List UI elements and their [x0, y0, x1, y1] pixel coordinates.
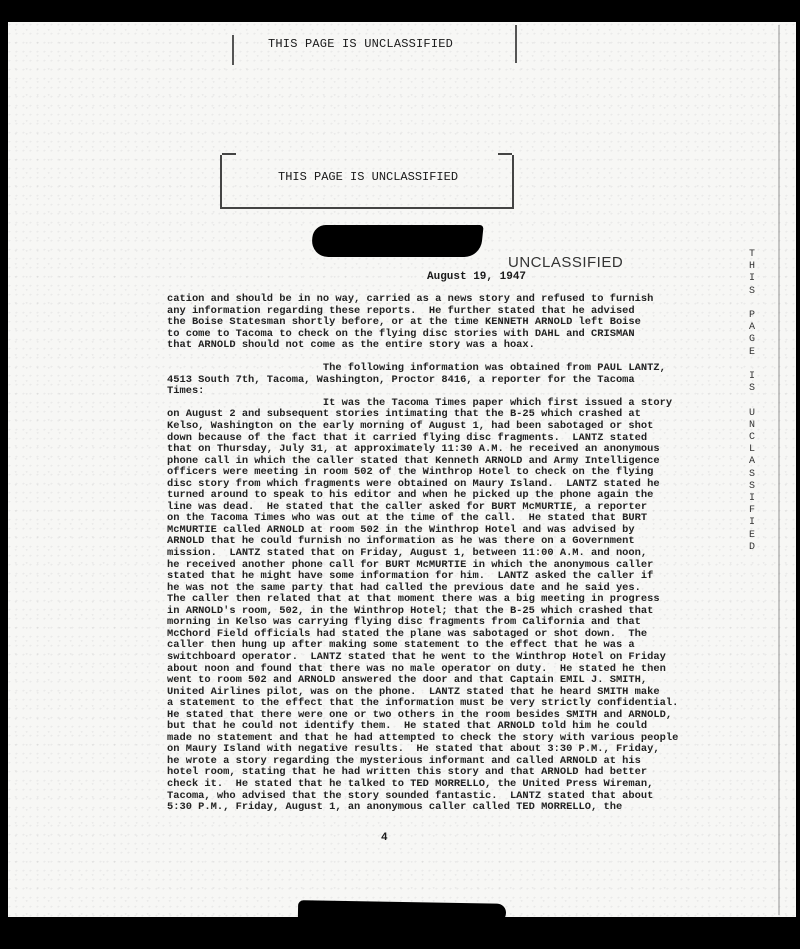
- document-body: cation and should be in no way, carried …: [167, 294, 727, 814]
- stamp-letter: A: [746, 456, 758, 468]
- stamp-letter: I: [746, 493, 758, 505]
- stamp-letter: N: [746, 420, 758, 432]
- vertical-classification-stamp: THIS PAGE IS UNCLASSIFIED: [746, 249, 758, 554]
- top-classification-stamp: THIS PAGE IS UNCLASSIFIED: [268, 37, 453, 51]
- stamp-letter: L: [746, 444, 758, 456]
- stamp-letter: T: [746, 249, 758, 261]
- stamp-letter: G: [746, 334, 758, 346]
- stamp-letter: [746, 395, 758, 407]
- body-line: 5:30 P.M., Friday, August 1, an anonymou…: [167, 802, 727, 814]
- body-line: 4513 South 7th, Tacoma, Washington, Proc…: [167, 375, 727, 387]
- page-number: 4: [381, 832, 388, 844]
- stamp-letter: S: [746, 469, 758, 481]
- stamp-bracket-right: [515, 25, 517, 63]
- stamp-letter: S: [746, 481, 758, 493]
- body-line: a statement to the effect that the infor…: [167, 698, 727, 710]
- stamp-letter: S: [746, 383, 758, 395]
- stamp-letter: E: [746, 530, 758, 542]
- stamp-letter: P: [746, 310, 758, 322]
- stamp-letter: D: [746, 542, 758, 554]
- body-line: that on Thursday, July 31, at approximat…: [167, 444, 727, 456]
- body-line: mission. LANTZ stated that on Friday, Au…: [167, 548, 727, 560]
- body-line: switchboard operator. LANTZ stated that …: [167, 652, 727, 664]
- stamp-letter: C: [746, 432, 758, 444]
- stamp-letter: F: [746, 505, 758, 517]
- stamp-letter: [746, 298, 758, 310]
- boxed-classification-stamp: THIS PAGE IS UNCLASSIFIED: [278, 170, 458, 184]
- body-line: went to room 502 and ARNOLD answered the…: [167, 675, 727, 687]
- redaction-bar-top: [310, 225, 483, 257]
- stamp-letter: I: [746, 371, 758, 383]
- stamp-letter: E: [746, 347, 758, 359]
- stamp-letter: I: [746, 273, 758, 285]
- stamp-letter: H: [746, 261, 758, 273]
- body-line: Kelso, Washington on the early morning o…: [167, 421, 727, 433]
- body-line: cation and should be in no way, carried …: [167, 294, 727, 306]
- stamp-letter: [746, 359, 758, 371]
- stamp-letter: A: [746, 322, 758, 334]
- body-line: the Boise Statesman shortly before, or a…: [167, 317, 727, 329]
- stamp-letter: S: [746, 286, 758, 298]
- body-line: check it. He stated that he talked to TE…: [167, 779, 727, 791]
- redaction-bar-bottom: [298, 900, 506, 924]
- unclassified-stamp: UNCLASSIFIED: [508, 254, 623, 271]
- body-line: that ARNOLD should not come as the entir…: [167, 340, 727, 352]
- body-line: stated that he might have some informati…: [167, 571, 727, 583]
- stamp-letter: U: [746, 408, 758, 420]
- document-date: August 19, 1947: [427, 271, 526, 283]
- scan-edge-line: [778, 25, 780, 915]
- stamp-letter: I: [746, 517, 758, 529]
- stamp-bracket-left: [232, 35, 234, 65]
